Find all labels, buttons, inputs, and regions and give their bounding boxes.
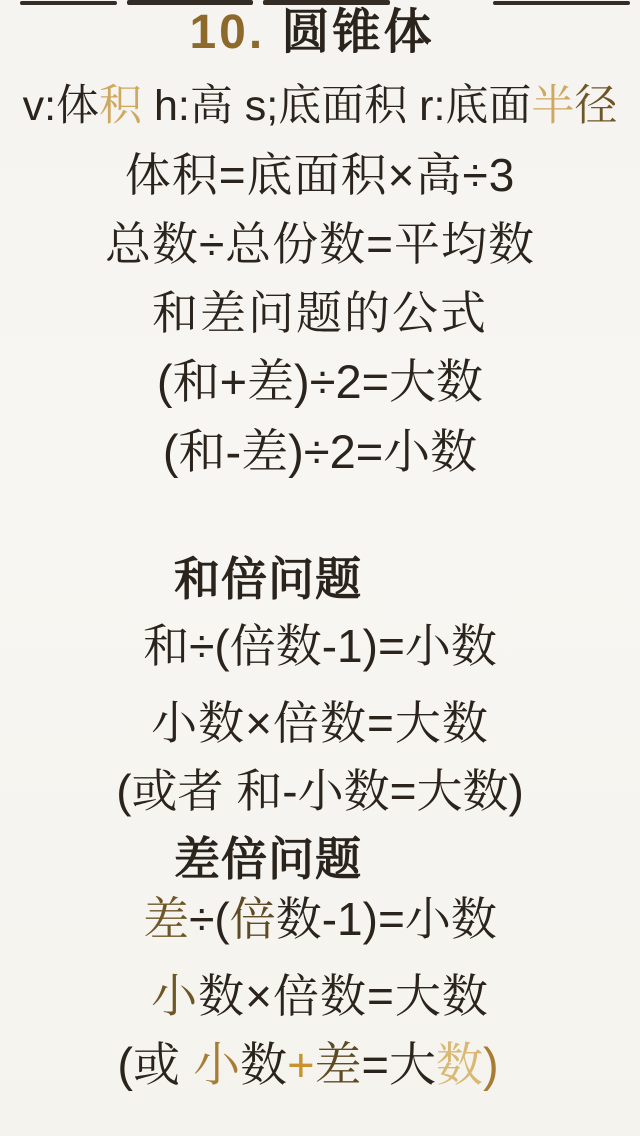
text-segment: 小数×倍数=大数 (151, 697, 489, 749)
text-segment: (和-差)÷2=小数 (163, 425, 477, 478)
text-segment: 和÷(倍数-1)=小数 (143, 620, 497, 672)
text-segment: h:高 s;底面积 r:底面 (142, 82, 531, 130)
text-segment: 积 (99, 82, 142, 130)
heading-text: 差倍问题 (174, 833, 362, 885)
notes-page: 10. 圆锥体 v:体积 h:高 s;底面积 r:底面半径 体积=底面积×高÷3… (0, 0, 640, 1136)
text-segment: 差 (315, 1038, 362, 1091)
sum-difference-small-formula: (和-差)÷2=小数 (0, 426, 640, 479)
text-segment: + (287, 1038, 314, 1091)
sum-multiple-heading: 和倍问题 (0, 554, 588, 606)
text-segment: ÷( (189, 893, 230, 945)
heading-text: 和倍问题 (174, 553, 362, 605)
text-segment: (或者 和-小数=大数) (116, 765, 524, 817)
sum-multiple-alt-formula: (或者 和-小数=大数) (0, 766, 640, 818)
text-fragment-mark (263, 0, 390, 5)
text-segment: (或 (117, 1038, 193, 1091)
difference-multiple-large-formula: 小数×倍数=大数 (0, 971, 640, 1023)
cone-volume-formula: 体积=底面积×高÷3 (0, 150, 640, 202)
sum-multiple-small-formula: 和÷(倍数-1)=小数 (0, 621, 640, 673)
text-fragment-mark (20, 1, 117, 5)
text-segment: v:体 (23, 82, 99, 130)
average-formula: 总数÷总份数=平均数 (0, 219, 640, 271)
difference-multiple-small-formula: 差÷(倍数-1)=小数 (0, 894, 640, 946)
difference-multiple-alt-formula: (或 小数+差=大数) (0, 1039, 628, 1092)
sum-multiple-large-formula: 小数×倍数=大数 (0, 698, 640, 750)
text-segment: (和+差)÷2=大数 (157, 355, 483, 408)
page-title: 10. 圆锥体 (0, 6, 632, 60)
text-segment: 小 (193, 1038, 240, 1091)
text-segment: 倍 (230, 893, 276, 945)
text-segment: 数 (436, 1038, 483, 1091)
text-segment: 差 (143, 893, 189, 945)
text-segment: 和差问题的公式 (152, 287, 488, 339)
sum-difference-section-title: 和差问题的公式 (0, 288, 640, 340)
text-fragment-mark (127, 0, 253, 5)
sum-difference-large-formula: (和+差)÷2=大数 (0, 356, 640, 409)
text-segment: =大 (362, 1038, 436, 1091)
text-segment: 半 (531, 82, 574, 130)
variables-legend: v:体积 h:高 s;底面积 r:底面半径 (0, 82, 640, 130)
text-segment: 体积=底面积×高÷3 (125, 149, 516, 201)
title-text: 圆锥体 (265, 6, 434, 59)
text-segment: 小 (151, 970, 198, 1022)
text-fragment-mark (493, 1, 630, 5)
text-segment: 总数÷总份数=平均数 (105, 218, 535, 270)
text-segment: 数 (240, 1038, 287, 1091)
text-segment: 数×倍数=大数 (198, 970, 489, 1022)
difference-multiple-heading: 差倍问题 (0, 834, 588, 886)
text-segment: ) (483, 1038, 499, 1091)
text-segment: 数-1)=小数 (276, 893, 497, 945)
title-number: 10. (189, 6, 265, 59)
text-segment: 径 (574, 82, 617, 130)
